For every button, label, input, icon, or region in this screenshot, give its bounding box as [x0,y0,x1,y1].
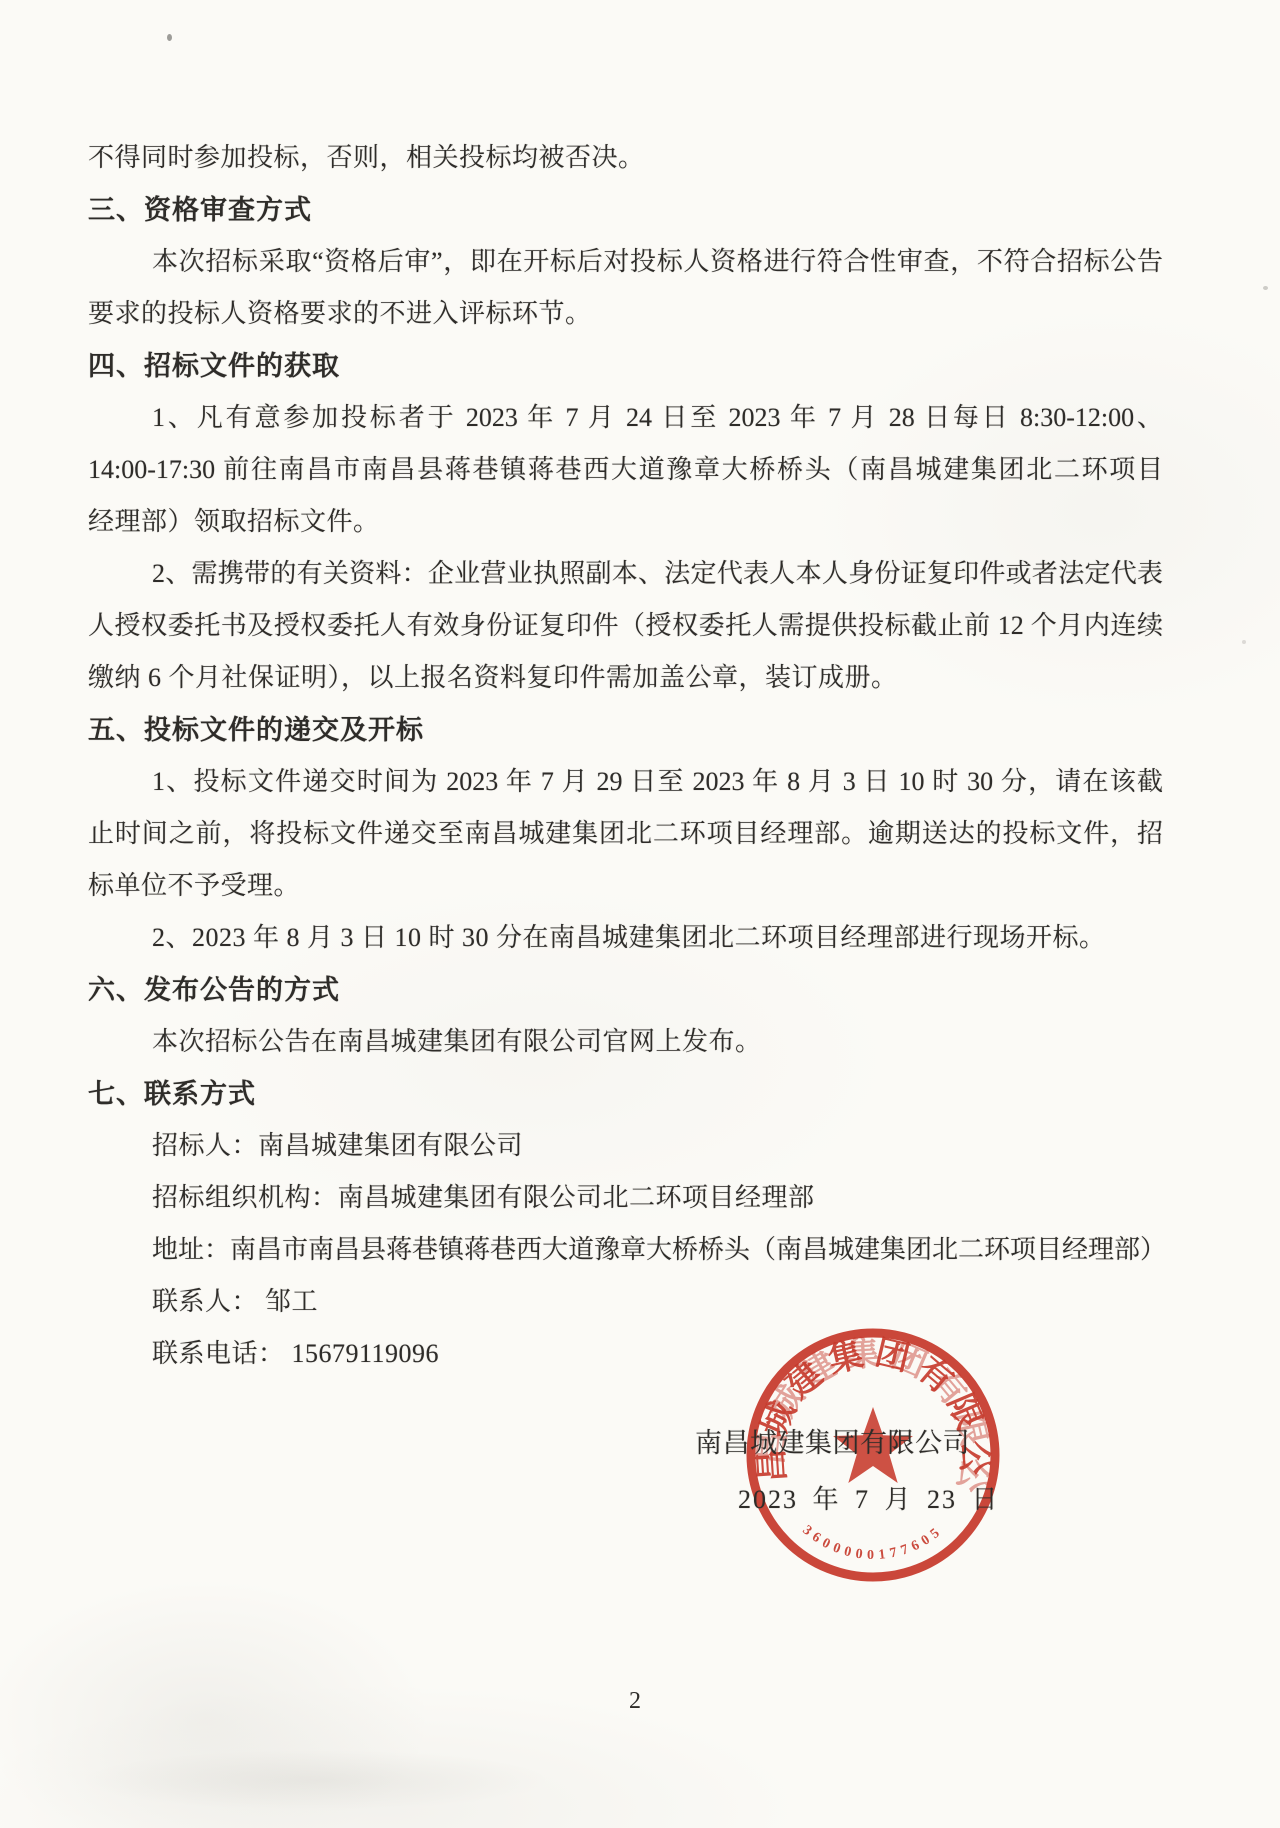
text-line: 止时间之前，将投标文件递交至南昌城建集团北二环项目经理部。逾期送达的投标文件，招 [88,808,1163,860]
text-line: 14:00-17:30 前往南昌市南昌县蒋巷镇蒋巷西大道豫章大桥桥头（南昌城建集… [88,444,1163,496]
text-line: 本次招标公告在南昌城建集团有限公司官网上发布。 [88,1016,1163,1068]
text-line: 本次招标采取“资格后审”，即在开标后对投标人资格进行符合性审查，不符合招标公告 [88,236,1163,288]
scanned-document-page: 不得同时参加投标，否则，相关投标均被否决。 三、资格审查方式 本次招标采取“资格… [0,0,1280,1828]
text-line: 要求的投标人资格要求的不进入评标环节。 [88,288,1163,340]
text-line: 2、2023 年 8 月 3 日 10 时 30 分在南昌城建集团北二环项目经理… [88,912,1163,964]
section-heading: 七、联系方式 [88,1068,1163,1120]
scan-speck [167,34,172,41]
scan-smudge [55,1740,575,1820]
text-line: 缴纳 6 个月社保证明），以上报名资料复印件需加盖公章，装订成册。 [88,652,1163,704]
section-heading: 六、发布公告的方式 [88,964,1163,1016]
seal-serial-number: 3600000177605 [799,1523,946,1563]
text-line: 1、凡有意参加投标者于 2023 年 7 月 24 日至 2023 年 7 月 … [88,392,1163,444]
section-heading: 四、招标文件的获取 [88,340,1163,392]
section-heading: 五、投标文件的递交及开标 [88,704,1163,756]
signature-company: 南昌城建集团有限公司 [695,1423,970,1463]
contact-line: 地址：南昌市南昌县蒋巷镇蒋巷西大道豫章大桥桥头（南昌城建集团北二环项目经理部） [88,1224,1163,1276]
scan-speck [1242,640,1246,644]
text-line: 标单位不予受理。 [88,860,1163,912]
document-body: 不得同时参加投标，否则，相关投标均被否决。 三、资格审查方式 本次招标采取“资格… [88,132,1163,1380]
text-line: 1、投标文件递交时间为 2023 年 7 月 29 日至 2023 年 8 月 … [88,756,1163,808]
text-line: 人授权委托书及授权委托人有效身份证复印件（授权委托人需提供投标截止前 12 个月… [88,600,1163,652]
page-number: 2 [595,1688,675,1715]
signature-date: 2023 年 7 月 23 日 [738,1480,1000,1520]
text-line: 2、需携带的有关资料：企业营业执照副本、法定代表人本人身份证复印件或者法定代表 [88,548,1163,600]
contact-line: 招标组织机构：南昌城建集团有限公司北二环项目经理部 [88,1172,1163,1224]
text-line: 经理部）领取招标文件。 [88,496,1163,548]
seal-serial-path: 3600000177605 [799,1523,946,1563]
section-heading: 三、资格审查方式 [88,184,1163,236]
contact-line: 招标人：南昌城建集团有限公司 [88,1120,1163,1172]
scan-speck [1263,286,1268,290]
text-line: 不得同时参加投标，否则，相关投标均被否决。 [88,132,1163,184]
